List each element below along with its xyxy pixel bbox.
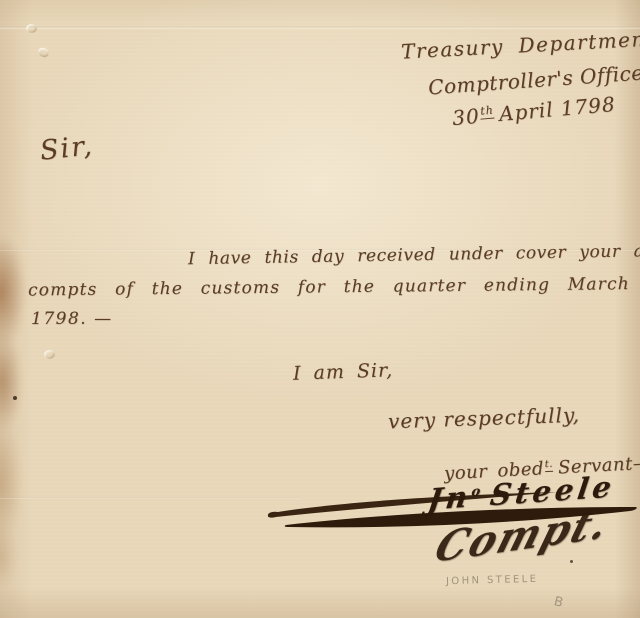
header-department: Treasury Department bbox=[401, 26, 640, 63]
pencil-annotation-initial: B bbox=[552, 594, 564, 611]
body-line2: compts of the customs for the quarter en… bbox=[28, 274, 640, 301]
date-rest: April 1798 bbox=[498, 92, 617, 126]
servant-ordinal: t. bbox=[544, 459, 553, 472]
closing-i-am-sir: I am Sir, bbox=[293, 359, 394, 384]
signature-name-sup: o bbox=[470, 484, 485, 500]
date-day: 30 bbox=[451, 104, 480, 130]
ink-speck bbox=[570, 560, 573, 563]
pencil-annotation-name: JOHN STEELE bbox=[446, 574, 539, 587]
paper-stain bbox=[0, 332, 22, 432]
signature-name-text: Jn bbox=[426, 479, 474, 516]
date-ordinal: th bbox=[480, 104, 495, 120]
header-date: 30thApril 1798 bbox=[451, 92, 616, 130]
letter-scan: Treasury Department Comptroller's Office… bbox=[0, 0, 640, 618]
paper-dent bbox=[36, 46, 50, 59]
ink-speck bbox=[13, 396, 17, 400]
closing-respectfully: very respectfully, bbox=[388, 403, 581, 434]
paper-crease bbox=[0, 497, 300, 499]
body-line2-text: compts of the customs for the quarter en… bbox=[28, 274, 640, 301]
paper-stain bbox=[0, 236, 26, 348]
body-line3: 1798. — bbox=[31, 309, 113, 329]
paper-crease bbox=[0, 26, 640, 29]
paper-dent bbox=[44, 350, 55, 359]
body-line1: I have this day received under cover you… bbox=[188, 241, 640, 269]
salutation: Sir, bbox=[39, 130, 96, 166]
paper-dent bbox=[26, 24, 37, 33]
paper-stain bbox=[0, 524, 16, 588]
